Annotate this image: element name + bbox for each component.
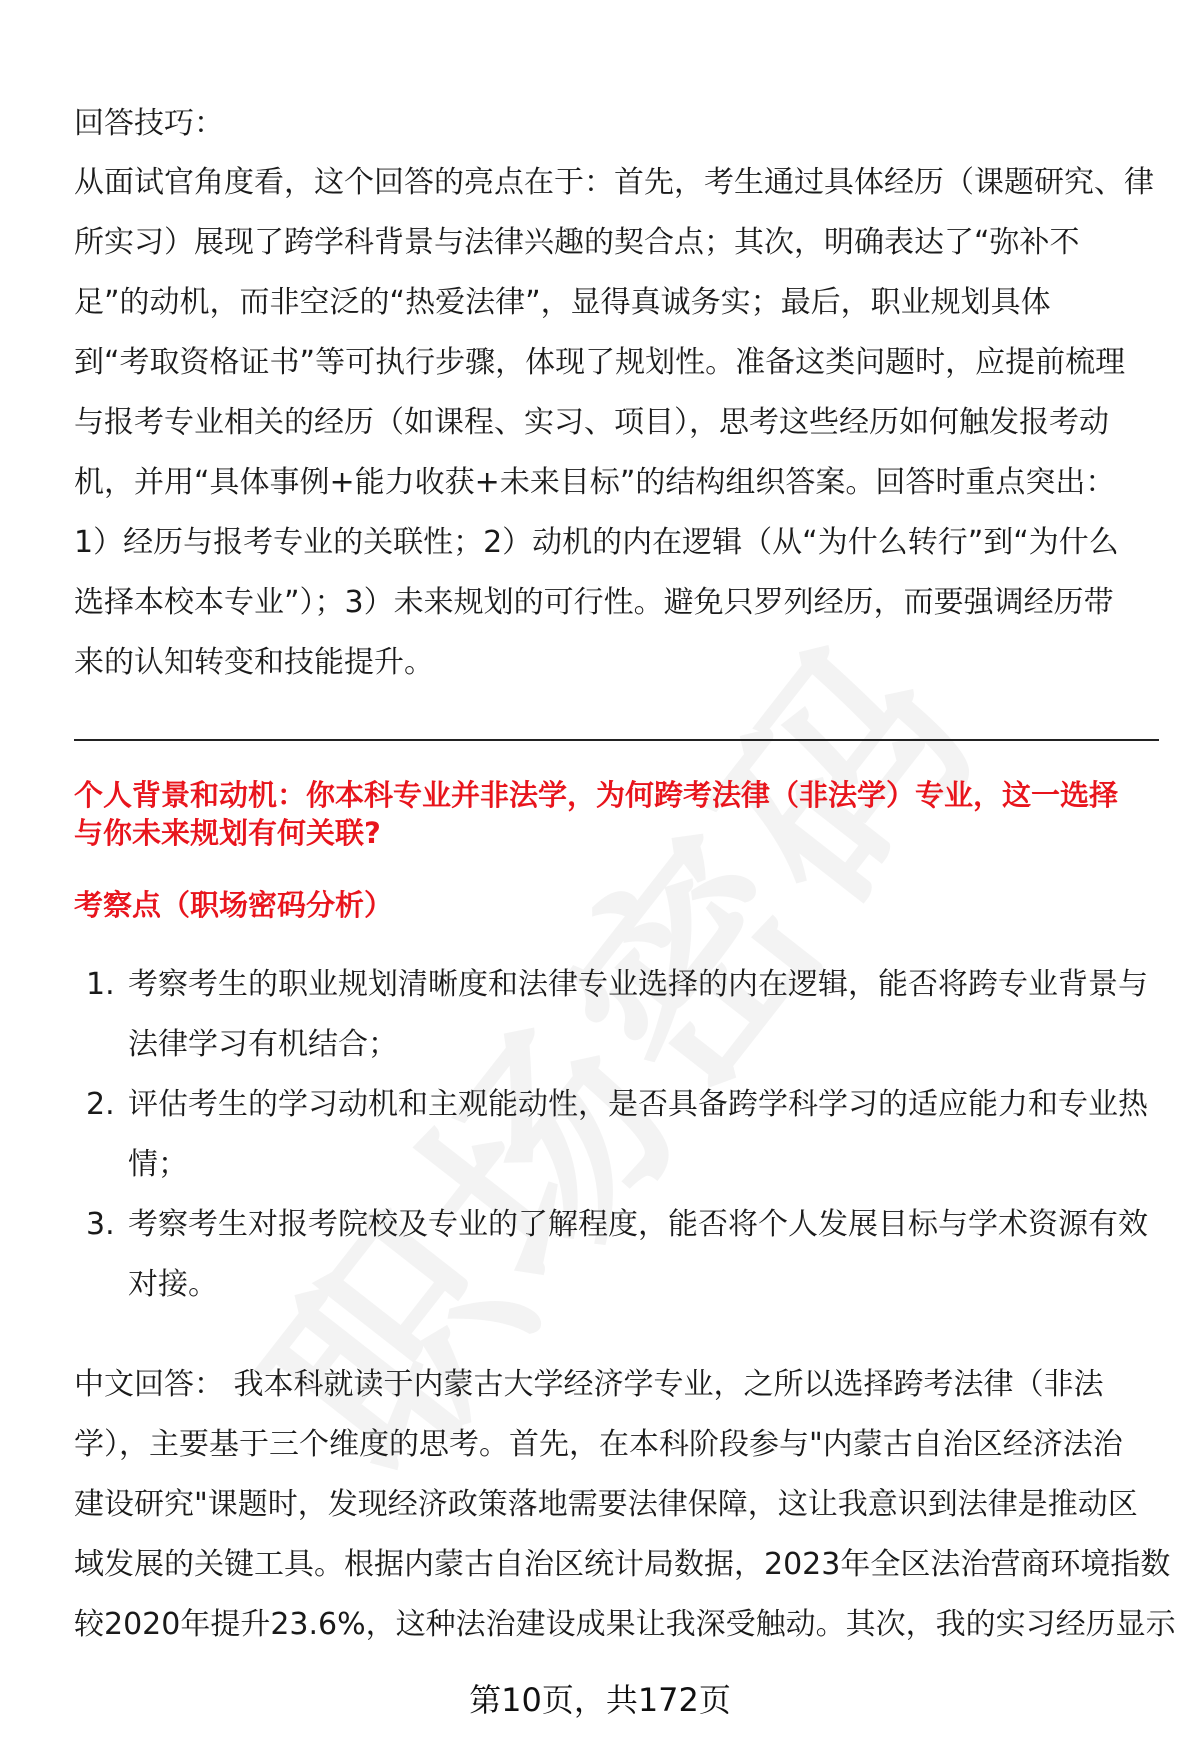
list-number: 1. bbox=[86, 965, 115, 1005]
tips-line: 足”的动机，而非空泛的“热爱法律”，显得真诚务实；最后，职业规划具体 bbox=[74, 283, 1051, 323]
list-text: 评估考生的学习动机和主观能动性，是否具备跨学科学习的适应能力和专业热 bbox=[128, 1085, 1148, 1125]
list-text: 考察考生对报考院校及专业的了解程度，能否将个人发展目标与学术资源有效 bbox=[128, 1205, 1148, 1245]
tips-line: 从面试官角度看，这个回答的亮点在于：首先，考生通过具体经历（课题研究、律 bbox=[74, 163, 1154, 203]
list-number: 3. bbox=[86, 1205, 115, 1245]
answer-line: 域发展的关键工具。根据内蒙古自治区统计局数据，2023年全区法治营商环境指数 bbox=[74, 1545, 1170, 1585]
list-number: 2. bbox=[86, 1085, 115, 1125]
question-title: 个人背景和动机：你本科专业并非法学，为何跨考法律（非法学）专业，这一选择 bbox=[74, 775, 1118, 815]
list-text: 对接。 bbox=[128, 1265, 218, 1305]
list-text: 情； bbox=[128, 1145, 188, 1185]
exam-point-heading: 考察点（职场密码分析） bbox=[74, 885, 393, 925]
section-divider bbox=[74, 739, 1159, 741]
tips-line: 1）经历与报考专业的关联性；2）动机的内在逻辑（从“为什么转行”到“为什么 bbox=[74, 523, 1119, 563]
list-text: 法律学习有机结合； bbox=[128, 1025, 398, 1065]
list-text: 考察考生的职业规划清晰度和法律专业选择的内在逻辑，能否将跨专业背景与 bbox=[128, 965, 1148, 1005]
answer-line: 中文回答： 我本科就读于内蒙古大学经济学专业，之所以选择跨考法律（非法 bbox=[74, 1365, 1104, 1405]
tips-line: 所实习）展现了跨学科背景与法律兴趣的契合点；其次，明确表达了“弥补不 bbox=[74, 223, 1080, 263]
answer-line: 学），主要基于三个维度的思考。首先，在本科阶段参与"内蒙古自治区经济法治 bbox=[74, 1425, 1123, 1465]
tips-label: 回答技巧： bbox=[74, 104, 224, 144]
tips-line: 来的认知转变和技能提升。 bbox=[74, 643, 434, 683]
answer-line: 较2020年提升23.6%，这种法治建设成果让我深受触动。其次，我的实习经历显示 bbox=[74, 1605, 1176, 1645]
answer-line: 建设研究"课题时，发现经济政策落地需要法律保障，这让我意识到法律是推动区 bbox=[74, 1485, 1138, 1525]
tips-line: 与报考专业相关的经历（如课程、实习、项目），思考这些经历如何触发报考动 bbox=[74, 403, 1109, 443]
page-number: 第10页，共172页 bbox=[0, 1680, 1200, 1720]
tips-line: 到“考取资格证书”等可执行步骤，体现了规划性。准备这类问题时，应提前梳理 bbox=[74, 343, 1125, 383]
tips-line: 机，并用“具体事例+能力收获+未来目标”的结构组织答案。回答时重点突出： bbox=[74, 463, 1115, 503]
question-title: 与你未来规划有何关联? bbox=[74, 813, 381, 853]
tips-line: 选择本校本专业”）；3）未来规划的可行性。避免只罗列经历，而要强调经历带 bbox=[74, 583, 1114, 623]
